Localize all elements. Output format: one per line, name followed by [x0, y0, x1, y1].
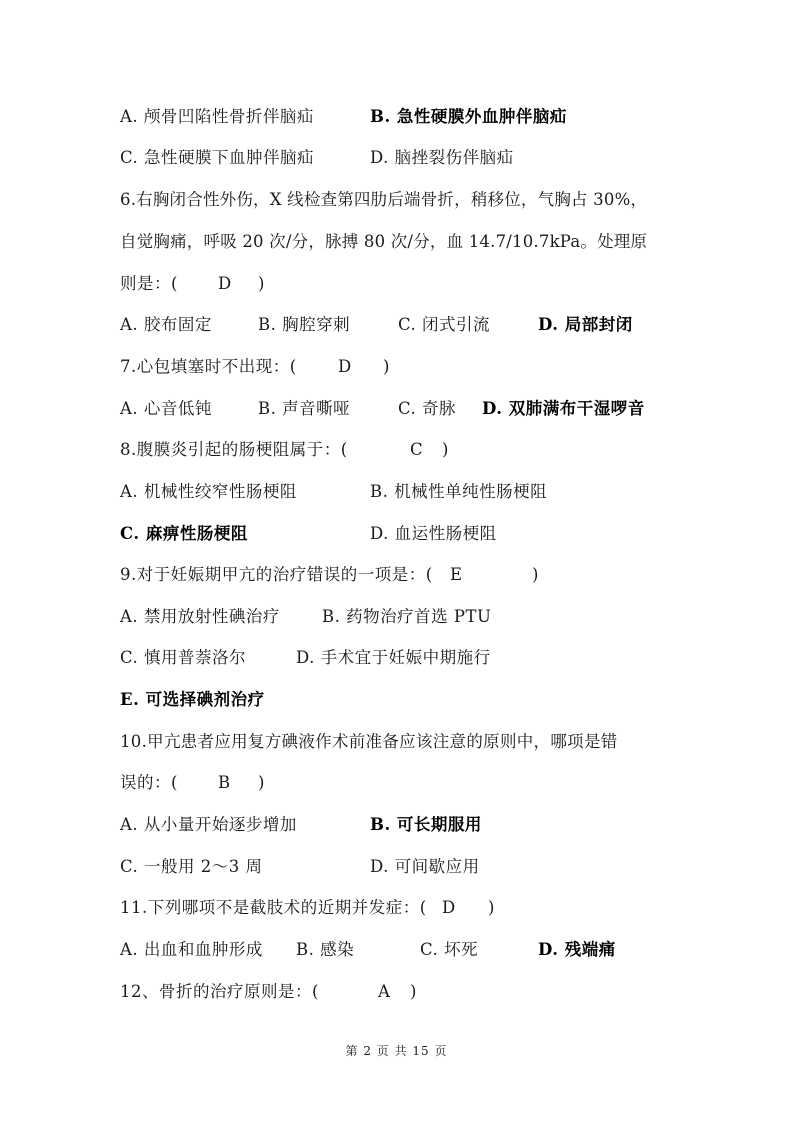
- q8-prefix: 8.腹膜炎引起的肠梗阻属于：(: [120, 438, 348, 462]
- q10-answer: B: [218, 771, 231, 795]
- q7-option-b: B. 声音嘶哑: [258, 397, 350, 421]
- q11-prefix: 11.下列哪项不是截肢术的近期并发症：(: [120, 896, 427, 920]
- q10-option-d: D. 可间歇应用: [370, 855, 480, 879]
- q9-prefix: 9.对于妊娠期甲亢的治疗错误的一项是：(: [120, 563, 433, 587]
- document-page: A. 颅骨凹陷性骨折伴脑疝 B. 急性硬膜外血肿伴脑疝 C. 急性硬膜下血肿伴脑…: [0, 0, 793, 1122]
- q11-option-d-correct: D. 残端痛: [538, 938, 616, 962]
- q8-option-c-correct: C. 麻痹性肠梗阻: [120, 522, 248, 546]
- q8-option-d: D. 血运性肠梗阻: [370, 522, 497, 546]
- q11-suffix: ): [488, 896, 495, 920]
- q6-option-a: A. 胶布固定: [120, 313, 212, 337]
- q7-option-d-correct: D. 双肺满布干湿啰音: [482, 397, 645, 421]
- q7-answer: D: [338, 355, 352, 379]
- page-number-footer: 第 2 页 共 15 页: [0, 1042, 793, 1059]
- q11-option-b: B. 感染: [296, 938, 354, 962]
- q9-answer: E: [450, 563, 463, 587]
- q6-option-d-correct: D. 局部封闭: [538, 313, 633, 337]
- q5-option-c: C. 急性硬膜下血肿伴脑疝: [120, 146, 314, 170]
- q10-suffix: ): [258, 771, 265, 795]
- q6-answer: D: [218, 272, 232, 296]
- q5-option-b-correct: B. 急性硬膜外血肿伴脑疝: [370, 105, 567, 129]
- q10-option-c: C. 一般用 2～3 周: [120, 855, 263, 879]
- q9-option-a: A. 禁用放射性碘治疗: [120, 605, 280, 629]
- q8-option-a: A. 机械性绞窄性肠梗阻: [120, 480, 297, 504]
- q9-option-d: D. 手术宜于妊娠中期施行: [296, 646, 491, 670]
- q8-answer: C: [410, 438, 423, 462]
- q6-option-c: C. 闭式引流: [398, 313, 490, 337]
- q12-suffix: ): [410, 980, 417, 1004]
- q10-question-line-1: 10.甲亢患者应用复方碘液作术前准备应该注意的原则中，哪项是错: [120, 730, 618, 754]
- q12-answer: A: [378, 980, 390, 1004]
- q9-option-c: C. 慎用普萘洛尔: [120, 646, 246, 670]
- q11-answer: D: [442, 896, 456, 920]
- q7-suffix: ): [383, 355, 390, 379]
- q6-question-line-2: 自觉胸痛，呼吸 20 次/分，脉搏 80 次/分，血 14.7/10.7kPa。…: [120, 230, 647, 254]
- q8-option-b: B. 机械性单纯性肠梗阻: [370, 480, 547, 504]
- q10-option-b-correct: B. 可长期服用: [370, 813, 482, 837]
- q11-option-a: A. 出血和血肿形成: [120, 938, 263, 962]
- q9-suffix: ): [532, 563, 539, 587]
- q6-suffix: ): [258, 272, 265, 296]
- q10-option-a: A. 从小量开始逐步增加: [120, 813, 297, 837]
- q9-option-e-correct: E. 可选择碘剂治疗: [120, 688, 265, 712]
- q8-suffix: ): [442, 438, 449, 462]
- q6-question-line-1: 6.右胸闭合性外伤，X 线检查第四肋后端骨折，稍移位，气胸占 30%，: [120, 188, 647, 212]
- q9-option-b: B. 药物治疗首选 PTU: [322, 605, 491, 629]
- q5-option-d: D. 脑挫裂伤伴脑疝: [370, 146, 514, 170]
- q7-option-a: A. 心音低钝: [120, 397, 212, 421]
- q7-option-c: C. 奇脉: [398, 397, 456, 421]
- q5-option-a: A. 颅骨凹陷性骨折伴脑疝: [120, 105, 314, 129]
- q11-option-c: C. 坏死: [420, 938, 478, 962]
- q12-prefix: 12、骨折的治疗原则是：(: [120, 980, 319, 1004]
- q7-prefix: 7.心包填塞时不出现：(: [120, 355, 297, 379]
- q6-prefix: 则是：(: [120, 272, 178, 296]
- q10-prefix: 误的：(: [120, 771, 178, 795]
- q6-option-b: B. 胸腔穿刺: [258, 313, 350, 337]
